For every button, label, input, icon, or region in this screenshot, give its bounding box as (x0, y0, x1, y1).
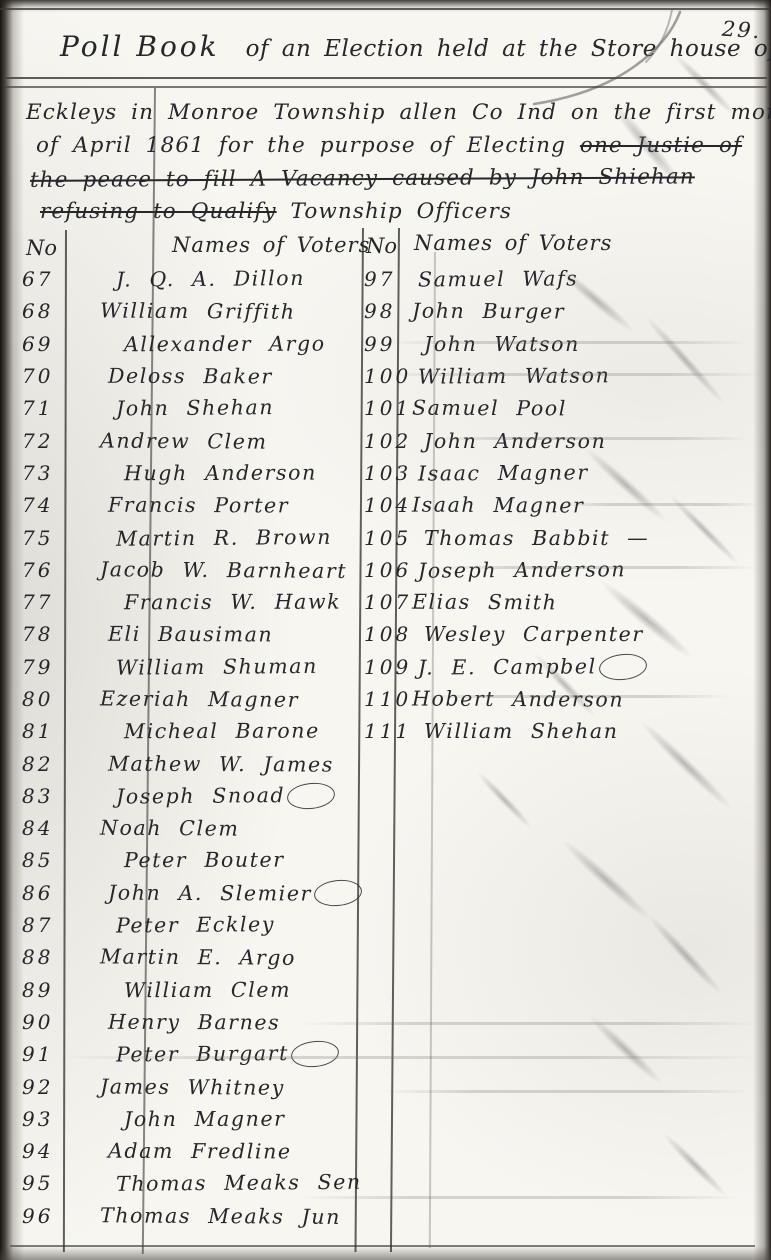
header-double-rule (4, 77, 767, 88)
voter-row: 68William Griffith (18, 295, 362, 327)
pen-oval-flourish-icon (598, 651, 648, 682)
page-title-lead: Poll Book (60, 30, 220, 63)
faint-rule-line (60, 1056, 760, 1059)
voter-name: Joseph Snoad (70, 783, 285, 809)
faint-rule-line (300, 1022, 760, 1025)
pen-oval-flourish-icon (290, 1039, 340, 1070)
voter-row: 111William Shehan (362, 715, 767, 747)
preamble-line-2-normal: of April 1861 for the purpose of Electin… (36, 133, 580, 158)
voter-number: 105 (362, 526, 404, 550)
voter-number: 106 (362, 558, 404, 582)
voter-number: 67 (18, 267, 70, 291)
voter-number: 81 (18, 719, 70, 743)
voter-name: Martin R. Brown (70, 524, 332, 550)
preamble-line-1: Eckleys in Monroe Township allen Co Ind … (26, 96, 756, 129)
voter-row: 101Samuel Pool (362, 392, 767, 424)
voter-number: 68 (18, 299, 70, 323)
voter-number: 75 (18, 526, 70, 550)
voter-row: 102John Anderson (362, 424, 767, 456)
voter-row: 91Peter Burgart (18, 1038, 362, 1070)
voter-row: 79William Shuman (18, 651, 362, 683)
voter-number: 107 (362, 590, 404, 614)
voter-number: 85 (18, 848, 70, 872)
voter-name: John A. Slemier (70, 880, 312, 905)
voter-name: J. E. Campbel (404, 654, 597, 679)
voter-name: Eli Bausiman (70, 622, 273, 647)
voter-name: William Shuman (70, 654, 318, 680)
voter-name: Martin E. Argo (70, 945, 296, 971)
voter-row: 92James Whitney (18, 1070, 362, 1102)
voter-number: 103 (362, 461, 404, 485)
voter-name: Allexander Argo (70, 331, 326, 356)
voter-row: 87Peter Eckley (18, 909, 362, 941)
voter-name: John Anderson (404, 429, 606, 453)
preamble-line-3: the peace to fill A Vacancy caused by Jo… (26, 160, 756, 197)
voter-row: 67J. Q. A. Dillon (18, 263, 362, 295)
preamble-line-4-normal: Township Officers (277, 199, 512, 224)
voter-number: 87 (18, 913, 70, 937)
voter-row: 83Joseph Snoad (18, 780, 362, 812)
voter-row: 103Isaac Magner (362, 457, 767, 489)
voter-name: William Griffith (70, 299, 296, 325)
poll-book-scanned-page: 29. Poll Bookof an Election held at the … (0, 0, 771, 1260)
faint-rule-line (560, 503, 760, 506)
voter-number: 101 (362, 396, 404, 420)
faint-rule-line (390, 341, 750, 344)
voter-number: 77 (18, 590, 70, 614)
voter-name: Noah Clem (70, 816, 240, 841)
voter-number: 94 (18, 1139, 70, 1163)
voter-row: 71John Shehan (18, 392, 362, 424)
voter-row: 73Hugh Anderson (18, 457, 362, 489)
preamble-line-4-struck: refusing to Qualify (40, 199, 277, 224)
voter-number: 96 (18, 1204, 70, 1228)
voter-row: 107Elias Smith (362, 586, 767, 618)
voter-row: 89William Clem (18, 974, 362, 1006)
voter-name: Samuel Pool (404, 396, 567, 421)
voter-name: Thomas Meaks Jun (70, 1203, 341, 1229)
voter-name: Francis Porter (70, 493, 289, 518)
voter-name: Isaac Magner (404, 460, 589, 485)
voter-name: Ezeriah Magner (70, 686, 299, 712)
voter-name: Peter Burgart (70, 1041, 289, 1067)
voter-row: 72Andrew Clem (18, 424, 362, 456)
voter-name: Jacob W. Barnheart (70, 557, 347, 583)
voter-number: 71 (18, 396, 70, 420)
voter-name: William Clem (70, 977, 291, 1002)
voter-name: Deloss Baker (70, 364, 273, 389)
voter-number: 111 (362, 719, 404, 743)
page-title: Poll Bookof an Election held at the Stor… (60, 30, 760, 63)
voter-number: 78 (18, 622, 70, 646)
voter-number: 95 (18, 1171, 70, 1195)
voter-row: 86John A. Slemier (18, 877, 362, 909)
scan-edge-top (0, 0, 771, 13)
voter-row: 81Micheal Barone (18, 715, 362, 747)
voter-name: Micheal Barone (70, 719, 320, 744)
voter-number: 70 (18, 364, 70, 388)
faint-rule-line (380, 1090, 750, 1093)
voter-number: 74 (18, 493, 70, 517)
bottom-border-line (10, 1245, 755, 1247)
voter-number: 73 (18, 461, 70, 485)
pencil-smudge (644, 911, 727, 999)
voter-row: 85Peter Bouter (18, 844, 362, 876)
pencil-smudge (558, 835, 656, 925)
faint-rule-line (430, 437, 750, 440)
voter-row: 108Wesley Carpenter (362, 618, 767, 650)
voter-name: Samuel Wafs (404, 267, 579, 292)
voter-row: 69Allexander Argo (18, 328, 362, 360)
header-names-right: Names of Voters (414, 231, 612, 255)
voter-row: 84Noah Clem (18, 812, 362, 844)
pen-oval-flourish-icon (286, 780, 336, 811)
voter-name: Elias Smith (404, 590, 558, 615)
voter-number: 84 (18, 816, 70, 840)
voter-number: 76 (18, 558, 70, 582)
voter-number: 110 (362, 687, 404, 711)
voter-name: Thomas Meaks Sen (70, 1170, 362, 1197)
voter-number: 91 (18, 1042, 70, 1066)
voter-row: 88Martin E. Argo (18, 941, 362, 973)
voter-row: 77Francis W. Hawk (18, 586, 362, 618)
voter-name: Andrew Clem (70, 428, 268, 453)
voter-number: 90 (18, 1010, 70, 1034)
voter-number: 83 (18, 784, 70, 808)
voter-number: 89 (18, 978, 70, 1002)
voter-name: Francis W. Hawk (70, 590, 341, 615)
voter-number: 98 (362, 299, 404, 323)
voter-number: 88 (18, 945, 70, 969)
voter-number: 104 (362, 493, 404, 517)
voter-number: 93 (18, 1107, 70, 1131)
voter-number: 72 (18, 429, 70, 453)
voter-name: John Burger (404, 299, 565, 324)
header-no-left: No (26, 236, 57, 260)
voter-name: John Shehan (70, 395, 274, 421)
voter-number: 80 (18, 687, 70, 711)
voter-row: 98John Burger (362, 295, 767, 327)
preamble-text: Eckleys in Monroe Township allen Co Ind … (26, 96, 756, 228)
voter-row: 75Martin R. Brown (18, 521, 362, 553)
preamble-line-3-struck: the peace to fill A Vacancy caused by Jo… (30, 164, 695, 192)
voter-row: 78Eli Bausiman (18, 618, 362, 650)
voter-name: Henry Barnes (70, 1010, 280, 1035)
voter-number: 79 (18, 655, 70, 679)
voter-name: Peter Bouter (70, 848, 285, 873)
voter-row: 76Jacob W. Barnheart (18, 554, 362, 586)
voter-name: William Shehan (404, 719, 619, 743)
voter-number: 69 (18, 332, 70, 356)
voter-name: James Whitney (70, 1074, 285, 1099)
voter-number: 108 (362, 622, 404, 646)
preamble-line-4: refusing to Qualify Township Officers (26, 195, 756, 228)
voter-name: J. Q. A. Dillon (70, 266, 305, 292)
pencil-smudge (660, 1130, 731, 1201)
voter-number: 82 (18, 752, 70, 776)
voter-name: John Magner (70, 1106, 286, 1131)
header-no-right: No (366, 234, 397, 258)
faint-rule-line (430, 566, 760, 569)
voter-name: Hugh Anderson (70, 460, 317, 485)
voter-name: Joseph Anderson (404, 557, 626, 583)
voter-row: 82Mathew W. James (18, 747, 362, 779)
voter-row: 94Adam Fredline (18, 1135, 362, 1167)
page-title-rest: of an Election held at the Store house o… (246, 36, 771, 62)
voter-row: 95Thomas Meaks Sen (18, 1167, 362, 1199)
voter-row: 70Deloss Baker (18, 360, 362, 392)
faint-rule-line (300, 1196, 740, 1199)
voter-row: 106Joseph Anderson (362, 554, 767, 586)
pen-oval-flourish-icon (313, 877, 363, 908)
voter-number: 109 (362, 655, 404, 679)
voter-row: 74Francis Porter (18, 489, 362, 521)
voter-name: Mathew W. James (70, 751, 334, 776)
voter-name: Peter Eckley (70, 912, 275, 938)
voter-row: 93John Magner (18, 1103, 362, 1135)
pencil-smudge (473, 768, 535, 832)
header-names-left: Names of Voters (172, 233, 370, 257)
top-border-line (0, 8, 771, 10)
voter-name: William Watson (404, 363, 610, 388)
voter-number: 86 (18, 881, 70, 905)
voter-name: Isaah Magner (404, 493, 585, 518)
voter-number: 100 (362, 364, 404, 388)
voter-row: 80Ezeriah Magner (18, 683, 362, 715)
left-column-rows: 67J. Q. A. Dillon68William Griffith69All… (18, 263, 362, 1232)
voter-number: 92 (18, 1075, 70, 1099)
scan-edge-bottom (0, 1246, 771, 1260)
voter-row: 96Thomas Meaks Jun (18, 1200, 362, 1232)
voter-name: Wesley Carpenter (404, 622, 644, 646)
voter-name: Thomas Babbit — (404, 526, 649, 550)
voter-number: 102 (362, 429, 404, 453)
voter-number: 97 (362, 267, 404, 291)
voter-name: Adam Fredline (70, 1139, 292, 1164)
